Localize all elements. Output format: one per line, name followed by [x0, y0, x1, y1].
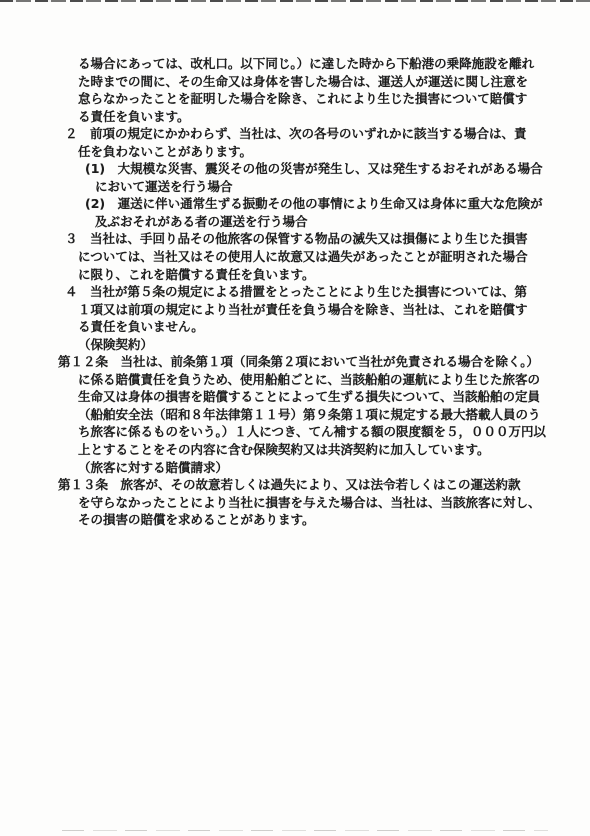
document-line: 及ぶおそれがある者の運送を行う場合: [58, 213, 572, 231]
document-line: 第１３条 旅客が、その故意若しくは過失により、又は法令若しくはこの運送約款: [58, 476, 572, 494]
document-line: ４ 当社が第５条の規定による措置をとったことにより生じた損害については、第: [58, 283, 572, 301]
document-line: を守らなかったことにより当社に損害を与えた場合は、当社は、当該旅客に対し、: [58, 494, 572, 512]
document-line: る責任を負いません。: [58, 318, 572, 336]
document-line: ２ 前項の規定にかかわらず、当社は、次の各号のいずれかに該当する場合は、責: [58, 125, 572, 143]
document-line: において運送を行う場合: [58, 178, 572, 196]
document-line: 怠らなかったことを証明した場合を除き、これにより生じた損害について賠償す: [58, 90, 572, 108]
document-line: (2) 運送に伴い通常生ずる振動その他の事情により生命又は身体に重大な危険が: [58, 195, 572, 213]
document-line: その損害の賠償を求めることがあります。: [58, 511, 572, 529]
document-page: る場合にあっては、改札口。以下同じ。）に達した時から下船港の乗降施設を離れた時ま…: [58, 55, 572, 529]
document-line: 第１２条 当社は、前条第１項（同条第２項において当社が免責される場合を除く。）: [58, 353, 572, 371]
document-line: に限り、これを賠償する責任を負います。: [58, 266, 572, 284]
document-line: 上とすることをその内容に含む保険契約又は共済契約に加入しています。: [58, 441, 572, 459]
document-line: 任を負わないことがあります。: [58, 143, 572, 161]
scan-artifact-bottom-edge: [62, 830, 548, 832]
document-line: 生命又は身体の損害を賠償することによって生ずる損失について、当該船舶の定員: [58, 388, 572, 406]
scanned-document: { "page": { "background_color": "#fdfdfc…: [0, 0, 590, 836]
document-line: ３ 当社は、手回り品その他旅客の保管する物品の滅失又は損傷により生じた損害: [58, 230, 572, 248]
scan-artifact-top-edge: [0, 0, 590, 3]
document-line: １項又は前項の規定により当社が責任を負う場合を除き、当社は、これを賠償す: [58, 301, 572, 319]
document-line: については、当社又はその使用人に故意又は過失があったことが証明された場合: [58, 248, 572, 266]
document-line: る責任を負います。: [58, 108, 572, 126]
document-text-block: る場合にあっては、改札口。以下同じ。）に達した時から下船港の乗降施設を離れた時ま…: [58, 55, 572, 529]
document-line: る場合にあっては、改札口。以下同じ。）に達した時から下船港の乗降施設を離れ: [58, 55, 572, 73]
document-line: (1) 大規模な災害、震災その他の災害が発生し、又は発生するおそれがある場合: [58, 160, 572, 178]
document-line: ち旅客に係るものをいう。）１人につき、てん補する額の限度額を５，０００万円以: [58, 423, 572, 441]
document-line: に係る賠償責任を負うため、使用船舶ごとに、当該船舶の運航により生じた旅客の: [58, 371, 572, 389]
document-line: （旅客に対する賠償請求）: [58, 459, 572, 477]
document-line: た時までの間に、その生命又は身体を害した場合は、運送人が運送に関し注意を: [58, 73, 572, 91]
document-line: （保険契約）: [58, 336, 572, 354]
document-line: （船舶安全法（昭和８年法律第１１号）第９条第１項に規定する最大搭載人員のう: [58, 406, 572, 424]
